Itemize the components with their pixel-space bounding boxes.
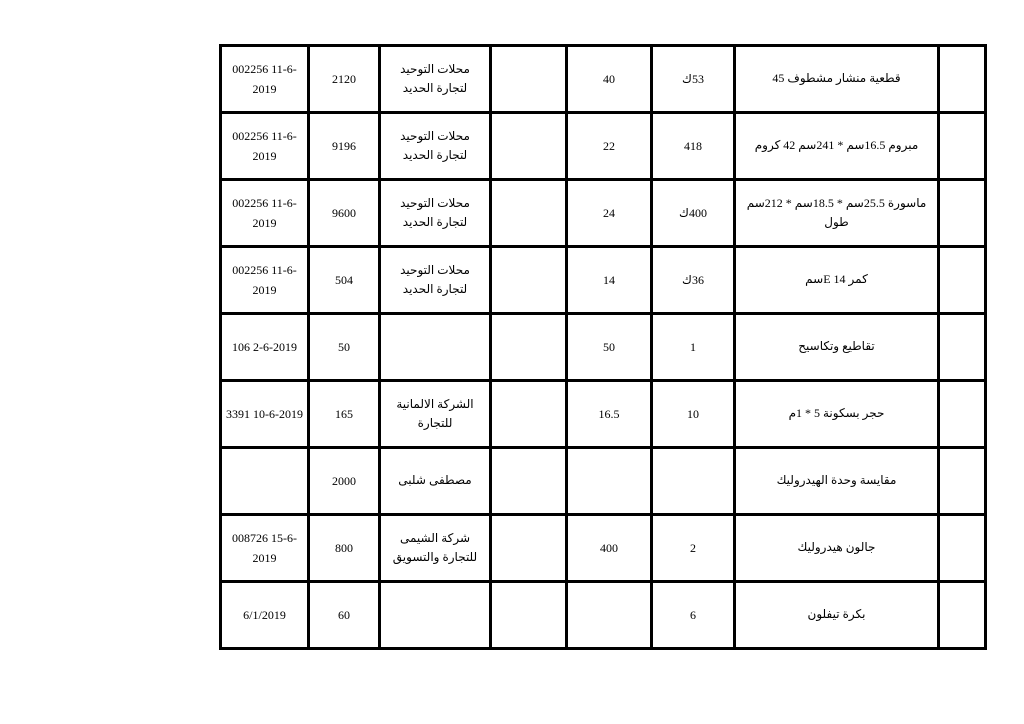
ref-date-cell: 002256 11-6-2019	[221, 113, 309, 180]
blank-cell	[939, 448, 986, 515]
blank-cell	[491, 46, 567, 113]
quantity-cell: 418	[652, 113, 735, 180]
quantity-cell: 400ك	[652, 180, 735, 247]
supplier-cell: الشركة الالمانية للتجارة	[380, 381, 491, 448]
blank-cell	[491, 515, 567, 582]
supplier-cell: محلات التوحيد لتجارة الحديد	[380, 180, 491, 247]
ref-date-cell: 002256 11-6-2019	[221, 46, 309, 113]
table-row: 3391 10-6-2019 165 الشركة الالمانية للتج…	[221, 381, 986, 448]
amount-cell: 2120	[309, 46, 380, 113]
table-row: 2000 مصطفى شلبى مقايسة وحدة الهيدروليك	[221, 448, 986, 515]
unit-price-cell: 16.5	[567, 381, 652, 448]
supplier-cell	[380, 314, 491, 381]
quantity-cell: 36ك	[652, 247, 735, 314]
blank-cell	[491, 582, 567, 649]
amount-cell: 60	[309, 582, 380, 649]
amount-cell: 9196	[309, 113, 380, 180]
description-cell: حجر بسكونة 5 * 1م	[735, 381, 939, 448]
supplier-cell: محلات التوحيد لتجارة الحديد	[380, 247, 491, 314]
ref-date-cell: 6/1/2019	[221, 582, 309, 649]
table-row: 002256 11-6-2019 9600 محلات التوحيد لتجا…	[221, 180, 986, 247]
table-row: 002256 11-6-2019 504 محلات التوحيد لتجار…	[221, 247, 986, 314]
blank-cell	[939, 46, 986, 113]
blank-cell	[939, 515, 986, 582]
description-cell: ماسورة 25.5سم * 18.5سم * 212سم طول	[735, 180, 939, 247]
description-cell: كمر 14 Eسم	[735, 247, 939, 314]
description-cell: قطعية منشار مشطوف 45	[735, 46, 939, 113]
unit-price-cell: 40	[567, 46, 652, 113]
amount-cell: 9600	[309, 180, 380, 247]
blank-cell	[491, 180, 567, 247]
document-page: 002256 11-6-2019 2120 محلات التوحيد لتجا…	[0, 0, 1024, 724]
description-cell: مقايسة وحدة الهيدروليك	[735, 448, 939, 515]
table-row: 106 2-6-2019 50 50 1 تقاطيع وتكاسيح	[221, 314, 986, 381]
blank-cell	[491, 314, 567, 381]
blank-cell	[491, 448, 567, 515]
amount-cell: 2000	[309, 448, 380, 515]
blank-cell	[939, 113, 986, 180]
blank-cell	[939, 180, 986, 247]
quantity-cell: 1	[652, 314, 735, 381]
blank-cell	[491, 247, 567, 314]
unit-price-cell	[567, 582, 652, 649]
table-row: 002256 11-6-2019 2120 محلات التوحيد لتجا…	[221, 46, 986, 113]
ref-date-cell: 002256 11-6-2019	[221, 247, 309, 314]
unit-price-cell: 50	[567, 314, 652, 381]
ref-date-cell: 3391 10-6-2019	[221, 381, 309, 448]
description-cell: مبروم 16.5سم * 241سم 42 كروم	[735, 113, 939, 180]
supplier-cell: شركة الشيمى للتجارة والتسويق	[380, 515, 491, 582]
unit-price-cell: 24	[567, 180, 652, 247]
unit-price-cell: 400	[567, 515, 652, 582]
unit-price-cell: 22	[567, 113, 652, 180]
table-row: 002256 11-6-2019 9196 محلات التوحيد لتجا…	[221, 113, 986, 180]
amount-cell: 50	[309, 314, 380, 381]
amount-cell: 800	[309, 515, 380, 582]
amount-cell: 165	[309, 381, 380, 448]
amount-cell: 504	[309, 247, 380, 314]
description-cell: تقاطيع وتكاسيح	[735, 314, 939, 381]
supplier-cell	[380, 582, 491, 649]
blank-cell	[939, 314, 986, 381]
ref-date-cell	[221, 448, 309, 515]
ref-date-cell: 106 2-6-2019	[221, 314, 309, 381]
description-cell: جالون هيدروليك	[735, 515, 939, 582]
blank-cell	[939, 247, 986, 314]
unit-price-cell: 14	[567, 247, 652, 314]
unit-price-cell	[567, 448, 652, 515]
quantity-cell: 53ك	[652, 46, 735, 113]
blank-cell	[491, 113, 567, 180]
description-cell: بكرة تيفلون	[735, 582, 939, 649]
quantity-cell	[652, 448, 735, 515]
quantity-cell: 10	[652, 381, 735, 448]
supplier-cell: محلات التوحيد لتجارة الحديد	[380, 46, 491, 113]
table-row: 6/1/2019 60 6 بكرة تيفلون	[221, 582, 986, 649]
table-row: 008726 15-6-2019 800 شركة الشيمى للتجارة…	[221, 515, 986, 582]
inventory-table: 002256 11-6-2019 2120 محلات التوحيد لتجا…	[219, 44, 987, 650]
blank-cell	[491, 381, 567, 448]
quantity-cell: 2	[652, 515, 735, 582]
ref-date-cell: 008726 15-6-2019	[221, 515, 309, 582]
ref-date-cell: 002256 11-6-2019	[221, 180, 309, 247]
blank-cell	[939, 381, 986, 448]
supplier-cell: مصطفى شلبى	[380, 448, 491, 515]
blank-cell	[939, 582, 986, 649]
supplier-cell: محلات التوحيد لتجارة الحديد	[380, 113, 491, 180]
quantity-cell: 6	[652, 582, 735, 649]
